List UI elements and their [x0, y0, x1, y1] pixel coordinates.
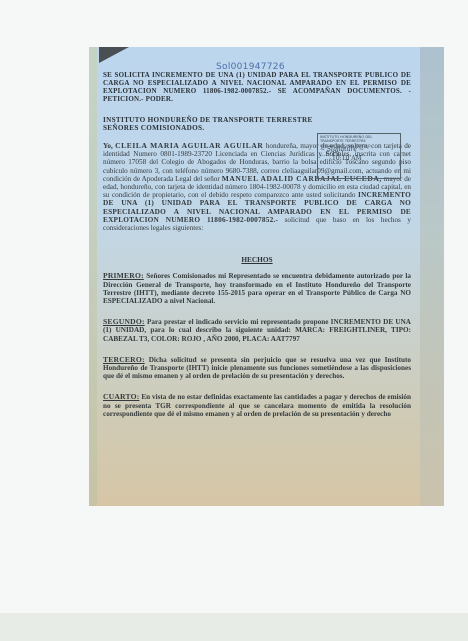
addressee-institution: INSTITUTO HONDUREÑO DE TRANSPORTE TERRES…: [103, 116, 411, 124]
handwritten-file-number: Sol001947726: [216, 63, 285, 71]
page-edge-left: [89, 47, 97, 506]
document-title: SE SOLICITA INCREMENTO DE UNA (1) UNIDAD…: [103, 71, 411, 103]
paragraph-label: CUARTO:: [103, 392, 139, 401]
paragraph-label: PRIMERO:: [103, 271, 144, 280]
intro-prefix: Yo,: [103, 142, 115, 150]
paragraph-label: TERCERO:: [103, 355, 145, 364]
paragraph-cuarto: CUARTO: En vista de no estar definidas e…: [103, 393, 411, 418]
paragraph-text: Dicha solicitud se presenta sin perjuici…: [103, 356, 411, 380]
stamp-time: 10:10 AM: [332, 157, 398, 161]
paragraph-text: En vista de no estar definidas exactamen…: [103, 393, 411, 417]
paragraph-tercero: TERCERO: Dicha solicitud se presenta sin…: [103, 356, 411, 381]
page-edge-right: [420, 47, 444, 506]
scan-background-strip: [0, 613, 468, 641]
paragraph-text: Señores Comisionados mi Representado se …: [103, 272, 411, 305]
document-body: Sol001947726 SE SOLICITA INCREMENTO DE U…: [103, 59, 411, 418]
addressee: INSTITUTO HONDUREÑO DE TRANSPORTE TERRES…: [103, 116, 411, 132]
paragraph-primero: PRIMERO: Señores Comisionados mi Represe…: [103, 272, 411, 305]
paragraph-text: Para prestar el indicado servicio mi rep…: [103, 318, 411, 342]
addressee-recipients: SEÑORES COMISIONADOS.: [103, 124, 411, 132]
scanned-document-page: Sol001947726 SE SOLICITA INCREMENTO DE U…: [89, 47, 444, 506]
paragraph-label: SEGUNDO:: [103, 317, 145, 326]
paragraph-segundo: SEGUNDO: Para prestar el indicado servic…: [103, 318, 411, 343]
petitioner-name: CLEILA MARIA AGUILAR AGUILAR: [115, 141, 263, 150]
reception-stamp: INSTITUTO HONDUREÑO DEL TRANSPORTE TERRE…: [317, 133, 401, 179]
section-heading-hechos: HECHOS: [103, 256, 411, 264]
